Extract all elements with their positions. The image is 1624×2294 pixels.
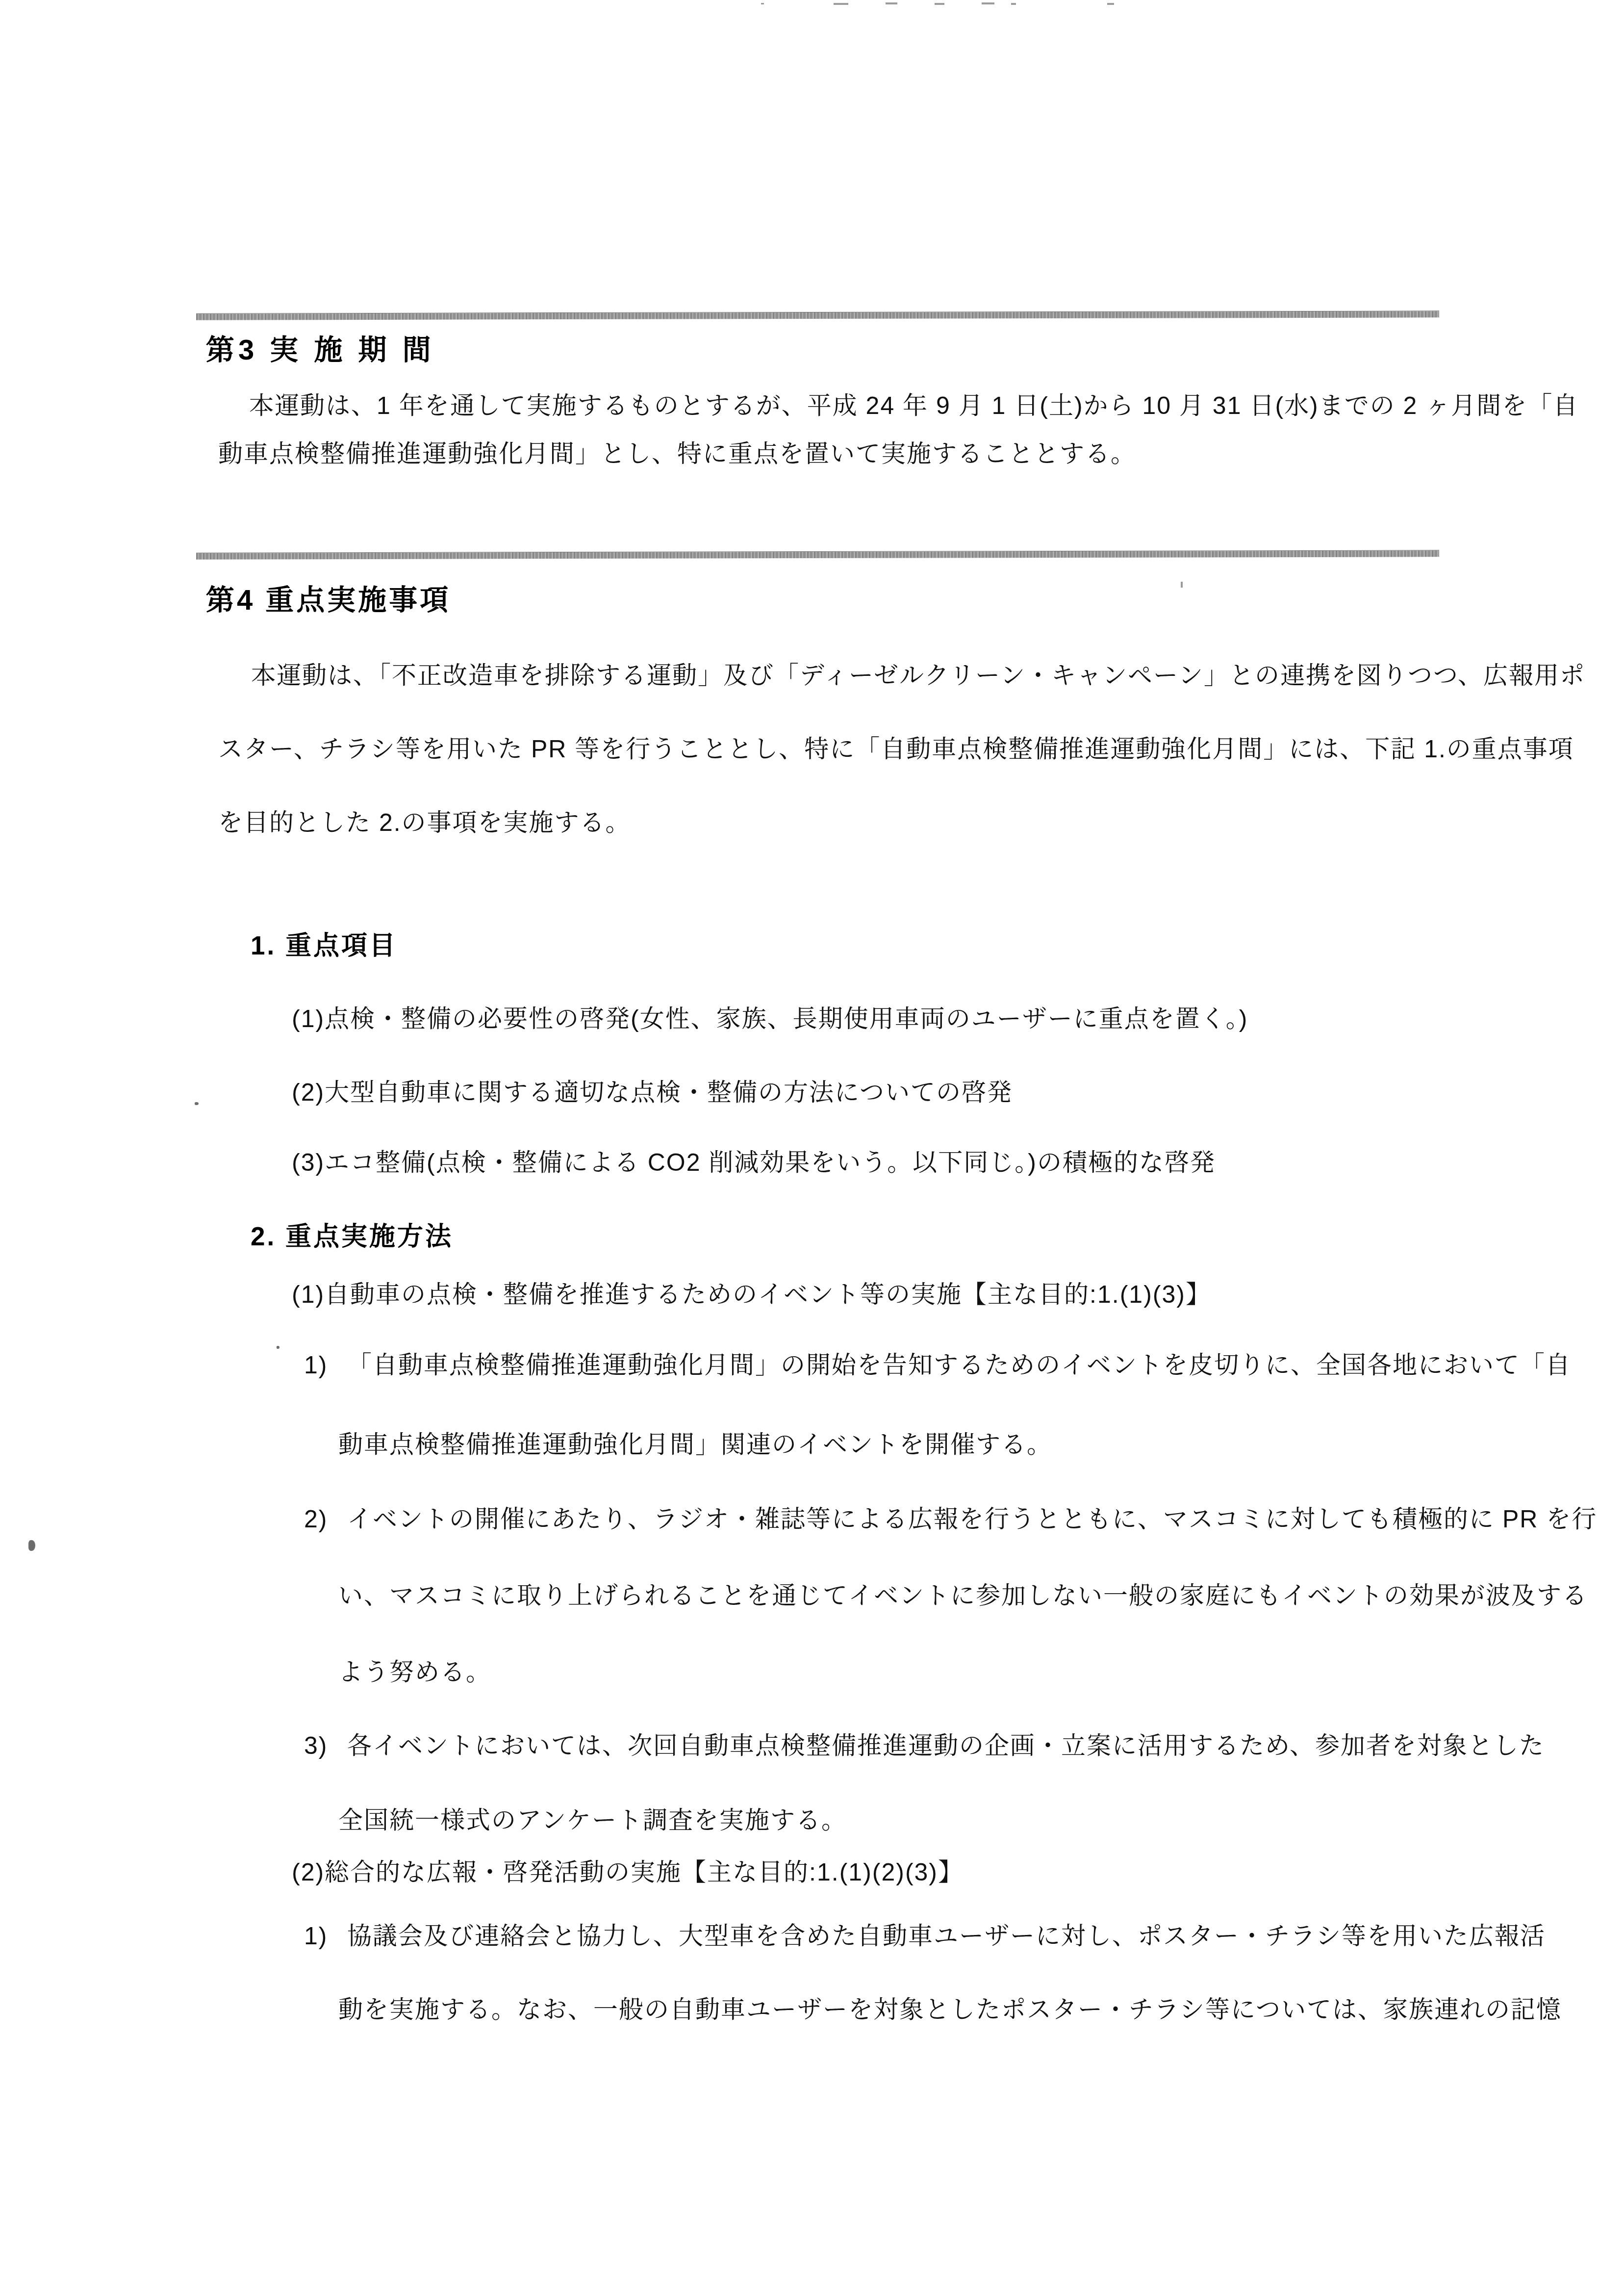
section4-intro-line: スター、チラシ等を用いた PR 等を行うこととし、特に「自動車点検整備推進運動強… [218,736,1574,763]
scan-artifact [834,3,848,5]
priority-items-heading: 1. 重点項目 [251,932,397,960]
item-text: 協議会及び連絡会と協力し、大型車を含めた自動車ユーザーに対し、ポスター・チラシ等… [347,1922,1546,1950]
methods-group-label: (1)自動車の点検・整備を推進するためのイベント等の実施【主な目的:1.(1)(… [292,1281,1211,1308]
item-marker: 3) [304,1732,347,1759]
item-marker: 1) [304,1923,347,1950]
scanned-document-page: 第3 実 施 期 間 本運動は、1 年を通して実施するものとするが、平成 24 … [0,0,1624,2294]
item-marker: 1) [304,1352,347,1379]
item-text: イベントの開催にあたり、ラジオ・雑誌等による広報を行うとともに、マスコミに対して… [347,1505,1597,1533]
section-divider [196,310,1439,320]
item-text: 各イベントにおいては、次回自動車点検整備推進運動の企画・立案に活用するため、参加… [347,1732,1545,1759]
method-item-continuation: い、マスコミに取り上げられることを通じてイベントに参加しない一般の家庭にもイベン… [338,1582,1588,1609]
scan-artifact [761,3,764,4]
method-item: 1)「自動車点検整備推進運動強化月間」の開始を告知するためのイベントを皮切りに、… [304,1352,1571,1379]
section3-paragraph-line: 動車点検整備推進運動強化月間」とし、特に重点を置いて実施することとする。 [218,440,1136,467]
method-item-continuation: よう努める。 [338,1659,491,1686]
scan-artifact [1011,3,1016,5]
method-item: 1)協議会及び連絡会と協力し、大型車を含めた自動車ユーザーに対し、ポスター・チラ… [304,1923,1546,1950]
section3-paragraph-line: 本運動は、1 年を通して実施するものとするが、平成 24 年 9 月 1 日(土… [249,392,1578,419]
methods-group-label: (2)総合的な広報・啓発活動の実施【主な目的:1.(1)(2)(3)】 [292,1859,964,1886]
method-item-continuation: 動車点検整備推進運動強化月間」関連のイベントを開催する。 [338,1431,1052,1458]
item-text: 「自動車点検整備推進運動強化月間」の開始を告知するためのイベントを皮切りに、全国… [347,1351,1571,1379]
method-item: 3)各イベントにおいては、次回自動車点検整備推進運動の企画・立案に活用するため、… [304,1732,1545,1759]
scan-artifact [886,2,897,4]
scan-artifact [982,2,994,4]
section4-intro-line: 本運動は、「不正改造車を排除する運動」及び「ディーゼルクリーン・キャンペーン」と… [251,662,1585,689]
scan-artifact [1107,3,1114,5]
method-item-continuation: 動を実施する。なお、一般の自動車ユーザーを対象としたポスター・チラシ等については… [338,1996,1562,2023]
item-marker: 2) [304,1506,347,1533]
priority-item: (2)大型自動車に関する適切な点検・整備の方法についての啓発 [292,1079,1013,1106]
method-item: 2)イベントの開催にあたり、ラジオ・雑誌等による広報を行うとともに、マスコミに対… [304,1506,1597,1533]
methods-heading: 2. 重点実施方法 [251,1223,453,1251]
priority-item: (3)エコ整備(点検・整備による CO2 削減効果をいう。以下同じ。)の積極的な… [292,1149,1216,1176]
scan-artifact [195,1102,199,1105]
scan-artifact [277,1346,279,1349]
section-divider [196,550,1439,559]
scan-artifact [935,3,944,5]
method-item-continuation: 全国統一様式のアンケート調査を実施する。 [338,1807,847,1834]
section3-heading: 第3 実 施 期 間 [206,335,435,366]
section4-heading: 第4 重点実施事項 [206,585,451,616]
scan-artifact [1181,582,1183,588]
scan-artifact [28,1540,35,1551]
section4-intro-line: を目的とした 2.の事項を実施する。 [218,809,631,836]
priority-item: (1)点検・整備の必要性の啓発(女性、家族、長期使用車両のユーザーに重点を置く。… [292,1005,1248,1032]
